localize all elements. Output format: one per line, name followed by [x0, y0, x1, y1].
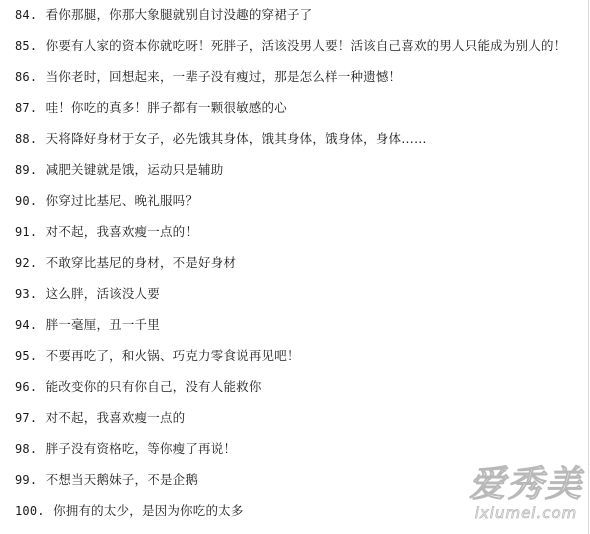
item-number: 87. — [15, 101, 37, 115]
list-item: 100. 你拥有的太少，是因为你吃的太多 — [15, 500, 570, 522]
item-text: 胖子没有资格吃，等你瘦了再说！ — [46, 441, 237, 456]
list-item: 90. 你穿过比基尼、晚礼服吗？ — [15, 190, 570, 212]
list-item: 86. 当你老时，回想起来，一辈子没有瘦过，那是怎么样一种遗憾！ — [15, 66, 570, 88]
item-number: 91. — [15, 225, 37, 239]
list-item: 98. 胖子没有资格吃，等你瘦了再说！ — [15, 438, 570, 460]
numbered-list: 84. 看你那腿，你那大象腿就别自讨没趣的穿裙子了 85. 你要有人家的资本你就… — [15, 4, 570, 531]
item-number: 92. — [15, 256, 37, 270]
item-text: 对不起，我喜欢瘦一点的！ — [46, 224, 198, 239]
list-item: 87. 哇！你吃的真多！胖子都有一颗很敏感的心 — [15, 97, 570, 119]
item-number: 95. — [15, 349, 37, 363]
list-item: 84. 看你那腿，你那大象腿就别自讨没趣的穿裙子了 — [15, 4, 570, 26]
list-item: 97. 对不起，我喜欢瘦一点的 — [15, 407, 570, 429]
item-text: 看你那腿，你那大象腿就别自讨没趣的穿裙子了 — [46, 7, 313, 22]
item-text: 这么胖，活该没人要 — [46, 286, 160, 301]
item-number: 97. — [15, 411, 37, 425]
list-item: 94. 胖一毫厘，丑一千里 — [15, 314, 570, 336]
item-text: 不想当天鹅妹子，不是企鹅 — [46, 472, 198, 487]
item-text: 胖一毫厘，丑一千里 — [46, 317, 160, 332]
list-item: 99. 不想当天鹅妹子，不是企鹅 — [15, 469, 570, 491]
list-item: 93. 这么胖，活该没人要 — [15, 283, 570, 305]
item-number: 90. — [15, 194, 37, 208]
list-item: 92. 不敢穿比基尼的身材，不是好身材 — [15, 252, 570, 274]
item-text: 不要再吃了，和火锅、巧克力零食说再见吧！ — [46, 348, 300, 363]
list-item: 95. 不要再吃了，和火锅、巧克力零食说再见吧！ — [15, 345, 570, 367]
item-text: 当你老时，回想起来，一辈子没有瘦过，那是怎么样一种遗憾！ — [46, 69, 402, 84]
item-number: 94. — [15, 318, 37, 332]
document-page: 84. 看你那腿，你那大象腿就别自讨没趣的穿裙子了 85. 你要有人家的资本你就… — [0, 0, 589, 534]
list-item: 85. 你要有人家的资本你就吃呀！死胖子，活该没男人要！活该自己喜欢的男人只能成… — [15, 35, 570, 57]
item-text: 减肥关键就是饿，运动只是辅助 — [46, 162, 224, 177]
item-text: 你要有人家的资本你就吃呀！死胖子，活该没男人要！活该自己喜欢的男人只能成为别人的… — [46, 38, 567, 53]
item-number: 85. — [15, 39, 37, 53]
list-item: 96. 能改变你的只有你自己，没有人能救你 — [15, 376, 570, 398]
item-number: 100. — [15, 504, 45, 518]
item-text: 你穿过比基尼、晚礼服吗？ — [46, 193, 198, 208]
list-item: 89. 减肥关键就是饿，运动只是辅助 — [15, 159, 570, 181]
item-number: 88. — [15, 132, 37, 146]
item-number: 84. — [15, 8, 37, 22]
list-item: 88. 天将降好身材于女子，必先饿其身体，饿其身体，饿身体，身体…… — [15, 128, 570, 150]
item-number: 86. — [15, 70, 37, 84]
item-text: 不敢穿比基尼的身材，不是好身材 — [46, 255, 237, 270]
item-text: 哇！你吃的真多！胖子都有一颗很敏感的心 — [46, 100, 287, 115]
item-text: 你拥有的太少，是因为你吃的太多 — [53, 503, 244, 518]
item-text: 能改变你的只有你自己，没有人能救你 — [46, 379, 262, 394]
item-number: 89. — [15, 163, 37, 177]
item-text: 天将降好身材于女子，必先饿其身体，饿其身体，饿身体，身体…… — [46, 131, 427, 146]
item-number: 96. — [15, 380, 37, 394]
item-number: 99. — [15, 473, 37, 487]
item-number: 98. — [15, 442, 37, 456]
item-number: 93. — [15, 287, 37, 301]
list-item: 91. 对不起，我喜欢瘦一点的！ — [15, 221, 570, 243]
item-text: 对不起，我喜欢瘦一点的 — [46, 410, 186, 425]
